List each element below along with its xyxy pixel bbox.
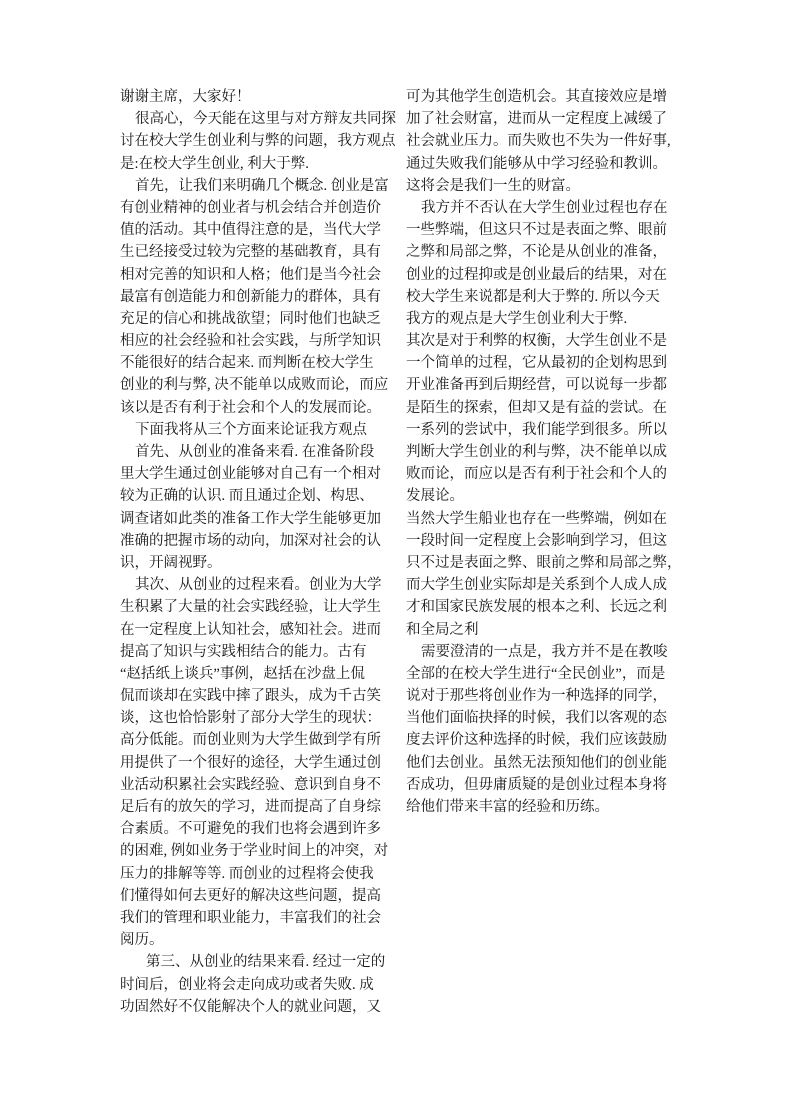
right-text-column: 可为其他学生创造机会。其直接效应是增加了社会财富，进而从一定程度上减缓了社会就业… [406,86,706,818]
text-line: 加了社会财富，进而从一定程度上减缓了 [406,108,706,130]
text-line: 充足的信心和挑战欲望；同时他们也缺乏 [120,308,420,330]
text-line: 全部的在校大学生进行“全民创业”，而是 [406,663,706,685]
text-line: 提高了知识与实践相结合的能力。古有 [120,641,420,663]
text-line: 我们的管理和职业能力，丰富我们的社会 [120,907,420,929]
text-line: 功固然好不仅能解决个人的就业问题，又 [120,996,420,1018]
text-line: 时间后，创业将会走向成功或者失败. 成 [120,974,420,996]
text-line: 一些弊端，但这只不过是表面之弊、眼前 [406,219,706,241]
text-line: 调查诸如此类的准备工作大学生能够更加 [120,508,420,530]
text-line: 有创业精神的创业者与机会结合并创造价 [120,197,420,219]
text-line: 在一定程度上认知社会，感知社会。进而 [120,619,420,641]
text-line: 发展论。 [406,485,706,507]
document-page: 谢谢主席，大家好！很高心，今天能在这里与对方辩友共同探讨在校大学生创业利与弊的问… [0,0,792,1120]
text-line: 才和国家民族发展的根本之利、长远之利 [406,596,706,618]
text-line: 生已经接受过较为完整的基础教育，具有 [120,241,420,263]
text-line: 足后有的放矢的学习，进而提高了自身综 [120,796,420,818]
text-line: 高分低能。而创业则为大学生做到学有所 [120,729,420,751]
text-line: 该以是否有利于社会和个人的发展而论。 [120,397,420,419]
text-line: 最富有创造能力和创新能力的群体，具有 [120,286,420,308]
text-line: 讨在校大学生创业利与弊的问题，我方观点 [120,130,420,152]
text-line: 和全局之利 [406,619,706,641]
text-line: 较为正确的认识. 而且通过企划、构思、 [120,485,420,507]
text-line: 识，开阔视野。 [120,552,420,574]
text-line: 他们去创业。虽然无法预知他们的创业能 [406,752,706,774]
text-line: 可为其他学生创造机会。其直接效应是增 [406,86,706,108]
text-line: 的困难, 例如业务于学业时间上的冲突，对 [120,840,420,862]
text-line: 首先，让我们来明确几个概念. 创业是富 [120,175,420,197]
text-line: 败而论，而应以是否有利于社会和个人的 [406,463,706,485]
text-line: 里大学生通过创业能够对自己有一个相对 [120,463,420,485]
text-line: 首先、从创业的准备来看. 在准备阶段 [120,441,420,463]
text-line: 其次、从创业的过程来看。创业为大学 [120,574,420,596]
text-line: 不能很好的结合起来. 而判断在校大学生 [120,352,420,374]
text-line: “赵括纸上谈兵”事例，赵括在沙盘上侃 [120,663,420,685]
text-line: 校大学生来说都是利大于弊的. 所以今天 [406,286,706,308]
text-line: 需要澄清的一点是，我方并不是在教唆 [406,641,706,663]
text-line: 合素质。不可避免的我们也将会遇到许多 [120,818,420,840]
text-line: 第三、从创业的结果来看. 经过一定的 [120,951,420,973]
text-line: 一个简单的过程，它从最初的企划构思到 [406,352,706,374]
text-line: 创业的过程抑或是创业最后的结果，对在 [406,264,706,286]
text-line: 判断大学生创业的利与弊，决不能单以成 [406,441,706,463]
text-line: 谢谢主席，大家好！ [120,86,420,108]
text-line: 生积累了大量的社会实践经验，让大学生 [120,596,420,618]
text-line: 们懂得如何去更好的解决这些问题，提高 [120,885,420,907]
text-line: 准确的把握市场的动向，加深对社会的认 [120,530,420,552]
text-line: 创业的利与弊, 决不能单以成败而论，而应 [120,374,420,396]
text-line: 业活动积累社会实践经验、意识到自身不 [120,774,420,796]
text-line: 相对完善的知识和人格；他们是当今社会 [120,264,420,286]
text-line: 一段时间一定程度上会影响到学习，但这 [406,530,706,552]
text-line: 我方的观点是大学生创业利大于弊. [406,308,706,330]
text-line: 谈，这也恰恰影射了部分大学生的现状： [120,707,420,729]
text-line: 度去评价这种选择的时候，我们应该鼓励 [406,729,706,751]
text-line: 我方并不否认在大学生创业过程也存在 [406,197,706,219]
text-line: 这将会是我们一生的财富。 [406,175,706,197]
text-line: 当他们面临抉择的时候，我们以客观的态 [406,707,706,729]
text-line: 是:在校大学生创业, 利大于弊. [120,153,420,175]
text-line: 相应的社会经验和社会实践，与所学知识 [120,330,420,352]
text-line: 压力的排解等等. 而创业的过程将会使我 [120,863,420,885]
text-line: 而大学生创业实际却是关系到个人成人成 [406,574,706,596]
text-line: 阅历。 [120,929,420,951]
text-line: 社会就业压力。而失败也不失为一件好事, [406,130,706,152]
text-line: 值的活动。其中值得注意的是，当代大学 [120,219,420,241]
text-line: 通过失败我们能够从中学习经验和教训。 [406,153,706,175]
text-line: 给他们带来丰富的经验和历练。 [406,796,706,818]
text-line: 侃而谈却在实践中摔了跟头，成为千古笑 [120,685,420,707]
text-line: 用提供了一个很好的途径，大学生通过创 [120,752,420,774]
text-line: 否成功，但毋庸质疑的是创业过程本身将 [406,774,706,796]
text-line: 当然大学生船业也存在一些弊端，例如在 [406,508,706,530]
text-line: 其次是对于利弊的权衡，大学生创业不是 [406,330,706,352]
text-line: 很高心，今天能在这里与对方辩友共同探 [120,108,420,130]
text-line: 一系列的尝试中，我们能学到很多。所以 [406,419,706,441]
text-line: 只不过是表面之弊、眼前之弊和局部之弊， [406,552,706,574]
text-line: 下面我将从三个方面来论证我方观点 [120,419,420,441]
text-line: 说对于那些将创业作为一种选择的同学， [406,685,706,707]
text-line: 是陌生的探索，但却又是有益的尝试。在 [406,397,706,419]
text-line: 之弊和局部之弊，不论是从创业的准备， [406,241,706,263]
left-text-column: 谢谢主席，大家好！很高心，今天能在这里与对方辩友共同探讨在校大学生创业利与弊的问… [120,86,420,1018]
text-line: 开业准备再到后期经营，可以说每一步都 [406,374,706,396]
